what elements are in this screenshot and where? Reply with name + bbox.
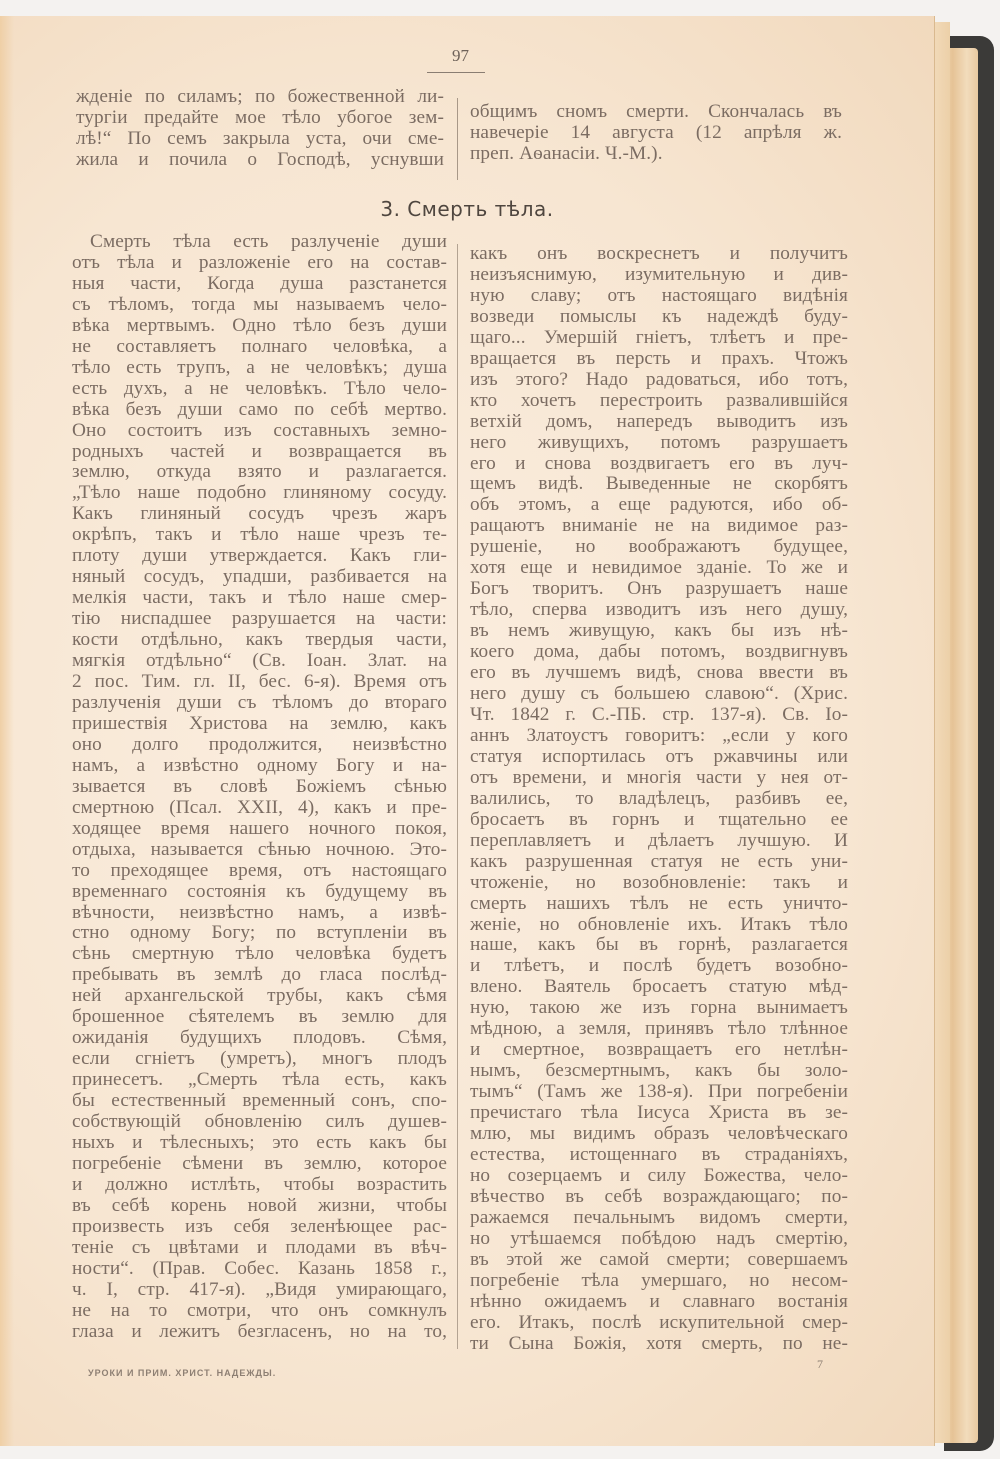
text-line: вращается въ персть и прахъ. Чтожъ [470, 349, 848, 370]
text-line: пришествія Христова на землю, какъ [72, 714, 447, 735]
text-line: разлученія души съ тѣломъ до втораго [72, 693, 447, 714]
text-line: произвесть изъ себя зеленѣющее рас- [72, 1217, 447, 1238]
text-line: стно одному Богу; по вступленіи въ [72, 923, 447, 944]
page-shadow [0, 16, 14, 1446]
text-line: женіе, но обновленіе ихъ. Итакъ тѣло [470, 915, 848, 936]
text-line: отдыха, называется сѣнью ночною. Это- [72, 840, 447, 861]
text-line: какъ онъ воскреснетъ и получитъ [470, 244, 848, 265]
text-line: пребывать въ землѣ до гласа послѣд- [72, 965, 447, 986]
text-line: валились, то владѣлецъ, разбивъ ее, [470, 789, 848, 810]
text-line: но созерцаемъ и силу Божества, чело- [470, 1166, 848, 1187]
section-heading: 3. Смерть тѣла. [0, 197, 934, 221]
text-line: изъ этого? Надо радоваться, ибо тотъ, [470, 370, 848, 391]
text-line: его въ лучшемъ видѣ, снова ввести въ [470, 663, 848, 684]
text-line: щаго... Умершій гніетъ, тлѣетъ и пре- [470, 328, 848, 349]
text-line: коего дома, дабы потомъ, воздвигнувъ [470, 642, 848, 663]
text-line: „Тѣло наше подобно глиняному сосуду. [72, 483, 447, 504]
text-line: пречистаго тѣла Іисуса Христа въ зе- [470, 1103, 848, 1124]
text-line: жила и почила о Господѣ, уснувши [76, 150, 444, 171]
text-line: ветхій домъ, напередъ выводитъ изъ [470, 412, 848, 433]
text-line: плоту души утверждается. Какъ гли- [72, 546, 447, 567]
text-line: ч. I, стр. 417-я). „Видя умирающаго, [72, 1280, 447, 1301]
text-line: хотя еще и невидимое зданіе. То же и [470, 558, 848, 579]
text-line: оно долго продолжится, неизвѣстно [72, 735, 447, 756]
text-line: и смертное, возвращаетъ его нетлѣн- [470, 1040, 848, 1061]
text-line: брошенное сѣятелемъ въ землю для [72, 1007, 447, 1028]
text-line: кости отдѣльно, какъ твердыя части, [72, 630, 447, 651]
text-line: лѣ!“ По семъ закрыла уста, очи сме- [76, 129, 444, 150]
text-line: тію ниспадшее разрушается на части: [72, 609, 447, 630]
text-line: съ тѣломъ, тогда мы называемъ чело- [72, 295, 447, 316]
right-column-text: какъ онъ воскреснетъ и получитънеизъясни… [470, 244, 848, 1355]
text-line: возведи помыслы къ надеждѣ буду- [470, 307, 848, 328]
text-line: чтоженіе, но возобновленіе: такъ и [470, 873, 848, 894]
text-line: тѣло есть трупъ, а не человѣкъ; душа [72, 358, 447, 379]
text-line: Какъ глиняный сосудъ чрезъ жаръ [72, 504, 447, 525]
top-left-text: жденіе по силамъ; по божественной ли-тур… [76, 87, 444, 171]
text-line: собствующій обновленію силъ душев- [72, 1112, 447, 1133]
top-right-text: общимъ сномъ смерти. Скончалась вънавече… [470, 102, 842, 165]
text-line: переплавляетъ и дѣлаетъ лучшую. И [470, 831, 848, 852]
text-line: вѣчество въ себѣ возраждающаго; по- [470, 1187, 848, 1208]
text-line: тымъ“ (Тамъ же 138-я). При погребеніи [470, 1082, 848, 1103]
text-line: влено. Ваятель бросаетъ статую мѣд- [470, 977, 848, 998]
text-line: его. Итакъ, послѣ искупительной смер- [470, 1313, 848, 1334]
text-line: мѣдною, а земля, принявъ тѣло тлѣнное [470, 1019, 848, 1040]
text-line: кто хочетъ перестроить развалившійся [470, 391, 848, 412]
text-line: принесетъ. „Смерть тѣла есть, какъ [72, 1070, 447, 1091]
text-line: не на то смотри, что онъ сомкнулъ [72, 1301, 447, 1322]
text-line: глаза и лежитъ безгласенъ, но на то, [72, 1322, 447, 1343]
text-line: отъ времени, и многія части у нея от- [470, 768, 848, 789]
text-line: ныхъ и тѣлесныхъ; это есть какъ бы [72, 1133, 447, 1154]
text-line: окрѣпъ, такъ и тѣло наше чрезъ те- [72, 525, 447, 546]
text-line: мягкія отдѣльно“ (Св. Іоан. Злат. на [72, 651, 447, 672]
text-line: вѣка мертвымъ. Одно тѣло безъ души [72, 316, 447, 337]
text-line: объ этомъ, а еще радуются, ибо об- [470, 495, 848, 516]
text-line: въ немъ живущую, какъ бы изъ нѣ- [470, 621, 848, 642]
signature-number: 7 [817, 1357, 823, 1372]
text-line: ходящее время нашего ночного покоя, [72, 819, 447, 840]
text-line: жденіе по силамъ; по божественной ли- [76, 87, 444, 108]
text-line: сѣнь смертную тѣло человѣка будетъ [72, 944, 447, 965]
text-line: нымъ, безсмертнымъ, какъ бы золо- [470, 1061, 848, 1082]
text-line: ности“. (Прав. Собес. Казань 1858 г., [72, 1259, 447, 1280]
text-line: бросаетъ въ горнъ и тщательно ее [470, 810, 848, 831]
text-line: ращаютъ вниманіе не на видимое раз- [470, 516, 848, 537]
text-line: смертною (Псал. XXII, 4), какъ и пре- [72, 798, 447, 819]
text-line: отъ тѣла и разложеніе его на состав- [72, 253, 447, 274]
text-line: временнаго состоянія къ будущему въ [72, 882, 447, 903]
text-line: наше, какъ бы въ горнѣ, разлагается [470, 935, 848, 956]
text-line: но утѣшаемся побѣдою надъ смертію, [470, 1229, 848, 1250]
printer-signature: УРОКИ И ПРИМ. ХРИСТ. НАДЕЖДЫ. [88, 1368, 276, 1378]
text-line: неизъяснимую, изумительную и див- [470, 265, 848, 286]
text-line: родныхъ частей и возвращается въ [72, 442, 447, 463]
text-line: него живущихъ, потомъ разрушаетъ [470, 433, 848, 454]
text-line: вѣка безъ души само по себѣ мертво. [72, 400, 447, 421]
text-line: смерть нашихъ тѣлъ не есть уничто- [470, 894, 848, 915]
text-line: землю, откуда взято и разлагается. [72, 462, 447, 483]
text-line: погребеніе тѣла умершаго, но несом- [470, 1271, 848, 1292]
text-line: ныя части, Когда душа разстанется [72, 274, 447, 295]
text-line: погребеніе сѣмени въ землю, которое [72, 1154, 447, 1175]
text-line: въ себѣ корень новой жизни, чтобы [72, 1196, 447, 1217]
text-line: него душу съ большею славою“. (Хрис. [470, 684, 848, 705]
text-line: естества, истощеннаго въ страданіяхъ, [470, 1145, 848, 1166]
column-divider-top [457, 98, 458, 180]
text-line: есть духъ, а не человѣкъ. Тѣло чело- [72, 379, 447, 400]
page-number: 97 [452, 46, 469, 66]
text-line: то преходящее время, отъ настоящаго [72, 861, 447, 882]
text-line: ожиданія будущихъ плодовъ. Сѣмя, [72, 1028, 447, 1049]
text-line: преп. Аѳанасіи. Ч.-М.). [470, 144, 842, 165]
text-line: щемъ видѣ. Выведенные не скорбятъ [470, 474, 848, 495]
text-line: рушеніе, но воображаютъ будущее, [470, 537, 848, 558]
text-line: тѣло, сперва изводитъ изъ него душу, [470, 600, 848, 621]
text-line: бы естественный временный сонъ, спо- [72, 1091, 447, 1112]
text-line: ней архангельской трубы, какъ сѣмя [72, 986, 447, 1007]
text-line: если сгніетъ (умретъ), многъ плодъ [72, 1049, 447, 1070]
text-line: навечеріе 14 августа (12 апрѣля ж. [470, 123, 842, 144]
text-line: теніе съ цвѣтами и плодами въ вѣч- [72, 1238, 447, 1259]
text-line: намъ, а извѣстно одному Богу и на- [72, 756, 447, 777]
text-line: вѣчности, неизвѣстно намъ, а извѣ- [72, 903, 447, 924]
text-line: Оно состоитъ изъ составныхъ земно- [72, 421, 447, 442]
text-line: какъ разрушенная статуя не есть уни- [470, 852, 848, 873]
left-column-text: Смерть тѣла есть разлученіе душиотъ тѣла… [72, 232, 447, 1343]
text-line: общимъ сномъ смерти. Скончалась въ [470, 102, 842, 123]
text-line: нѣнно ожидаемъ и славнаго востанія [470, 1292, 848, 1313]
text-line: зывается въ словѣ Божіемъ сѣнью [72, 777, 447, 798]
text-line: статуя испортилась отъ ржавчины или [470, 747, 848, 768]
column-divider [457, 244, 458, 1349]
text-line: ную славу; отъ настоящаго видѣнія [470, 286, 848, 307]
text-line: Богъ творитъ. Онъ разрушаетъ наше [470, 579, 848, 600]
header-rule [427, 72, 485, 73]
text-line: аннъ Златоустъ говоритъ: „если у кого [470, 726, 848, 747]
text-line: млю, мы видимъ образъ человѣческаго [470, 1124, 848, 1145]
text-line: тургіи предайте мое тѣло убогое зем- [76, 108, 444, 129]
text-line: его и снова воздвигаетъ его въ луч- [470, 454, 848, 475]
text-line: Чт. 1842 г. С.-ПБ. стр. 137-я). Св. Іо- [470, 705, 848, 726]
text-line: 2 пос. Тим. гл. II, бес. 6-я). Время отъ [72, 672, 447, 693]
text-line: ти Сына Божія, хотя смерть, по не- [470, 1334, 848, 1355]
text-line: няный сосудъ, упадши, разбивается на [72, 567, 447, 588]
text-line: мелкія части, такъ и тѣло наше смер- [72, 588, 447, 609]
text-line: и должно истлѣть, чтобы возрастить [72, 1175, 447, 1196]
text-line: Смерть тѣла есть разлученіе души [72, 232, 447, 253]
text-line: не составляетъ полнаго человѣка, а [72, 337, 447, 358]
text-line: ную, такою же изъ горна вынимаетъ [470, 998, 848, 1019]
text-line: въ этой же самой смерти; совершаемъ [470, 1250, 848, 1271]
text-line: и тлѣетъ, и послѣ будетъ возобно- [470, 956, 848, 977]
text-line: ражаемся печальнымъ видомъ смерти, [470, 1208, 848, 1229]
